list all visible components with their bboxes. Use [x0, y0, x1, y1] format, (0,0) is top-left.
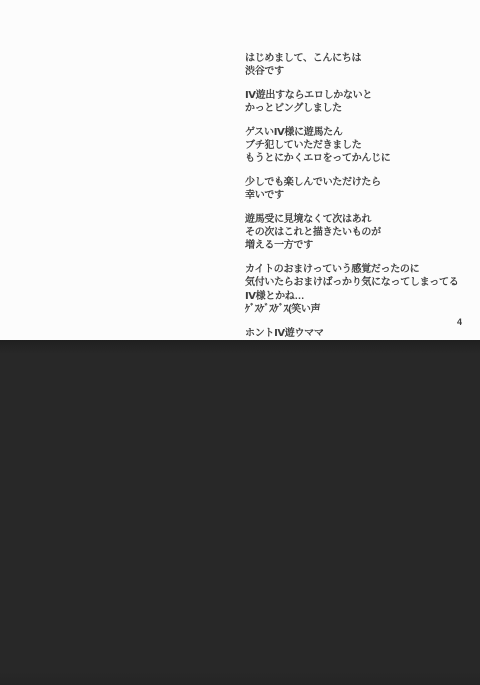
bottom-dark-scan-panel [0, 340, 480, 685]
afterword-paragraph: カイトのおまけっていう感覚だったのに 気付いたらおまけばっかり気になってしまって… [245, 263, 470, 317]
afterword-paragraph: 遊馬受に見境なくて次はあれ その次はこれと描きたいものが 増える一方です [245, 213, 470, 253]
afterword-paragraph: ゲスいⅣ様に遊馬たん ブチ犯していただきました もうとにかくエロをってかんじに [245, 126, 470, 166]
afterword-paragraph: Ⅳ遊出すならエロしかないと かっとビングしました [245, 89, 470, 116]
afterword-text-block: はじめまして、こんにちは 渋谷です Ⅳ遊出すならエロしかないと かっとビングしま… [245, 52, 470, 350]
afterword-paragraph-greeting: はじめまして、こんにちは 渋谷です [245, 52, 470, 79]
afterword-paragraph: 少しでも楽しんでいただけたら 幸いです [245, 176, 470, 203]
page-number: 4 [457, 317, 462, 327]
scanned-page: はじめまして、こんにちは 渋谷です Ⅳ遊出すならエロしかないと かっとビングしま… [0, 0, 480, 685]
afterword-paragraph-closing: ホントⅣ遊ウママ [245, 327, 470, 340]
